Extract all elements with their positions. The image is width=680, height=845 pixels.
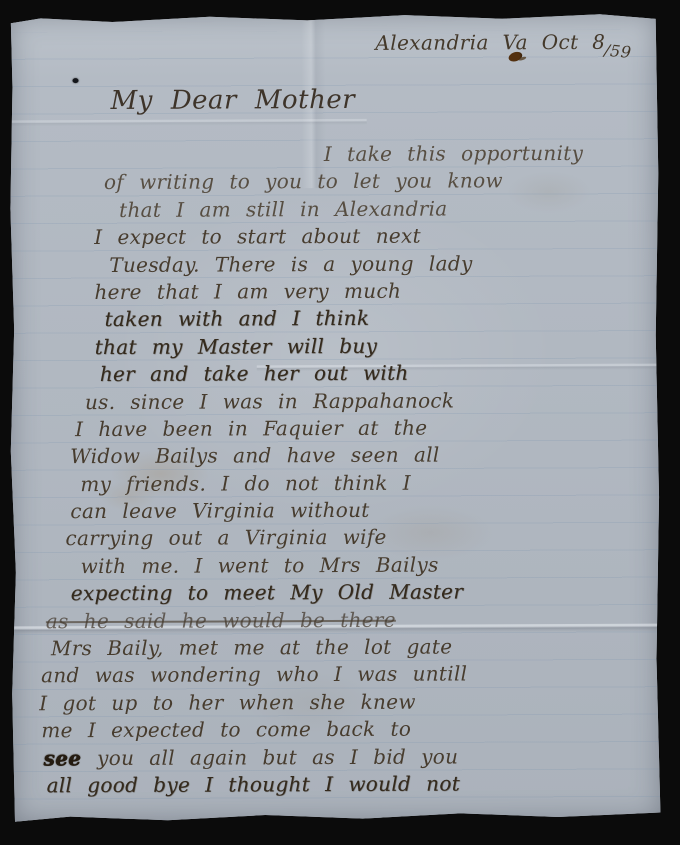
salutation: My Dear Mother — [111, 85, 356, 116]
letter-paper: Alexandria Va Oct 8 /59 My Dear Mother I… — [8, 12, 662, 824]
letter-line: seeyou all again but as I bid you — [43, 742, 661, 772]
letter-line: I got up to her when she knew — [39, 687, 661, 717]
letter-line: my friends. I do not think I — [80, 468, 660, 498]
letter-line: that my Master will buy — [95, 331, 660, 361]
letter-line: here that I am very much — [94, 277, 659, 307]
letter-line-rest: you all again but as I bid you — [97, 744, 458, 770]
blotted-word: see — [43, 746, 81, 770]
letter-line: I take this opportunity — [324, 140, 659, 169]
letter-line: and was wondering who I was untill — [41, 660, 661, 690]
letter-line: me I expected to come back to — [41, 715, 661, 745]
paper-hole — [73, 78, 79, 83]
letter-line: carrying out a Virginia wife — [65, 523, 660, 553]
letter-line: Tuesday. There is a young lady — [109, 249, 659, 279]
letter-line-struck: as he said he would be there — [46, 605, 661, 635]
letter-line: expecting to meet My Old Master — [71, 578, 661, 608]
letter-body: I take this opportunity of writing to yo… — [9, 140, 662, 800]
letter-line: I expect to start about next — [94, 222, 659, 252]
letter-photo-frame: Alexandria Va Oct 8 /59 My Dear Mother I… — [0, 0, 680, 845]
dateline: Alexandria Va Oct 8 /59 — [375, 30, 632, 55]
letter-line: that I am still in Alexandria — [119, 194, 659, 224]
dateline-place-date: Alexandria Va Oct 8 — [375, 30, 605, 55]
dateline-year: /59 — [604, 40, 633, 62]
letter-line: Mrs Baily, met me at the lot gate — [51, 633, 661, 663]
letter-line: her and take her out with — [100, 359, 660, 389]
letter-line: taken with and I think — [105, 304, 660, 334]
letter-line: of writing to you to let you know — [104, 167, 659, 197]
letter-line: can leave Virginia without — [70, 496, 660, 526]
fold-crease-top — [9, 119, 367, 127]
letter-line: all good bye I thought I would not — [47, 770, 662, 800]
letter-line: Widow Bailys and have seen all — [70, 441, 660, 471]
letter-line: I have been in Faquier at the — [75, 413, 660, 443]
letter-line: us. since I was in Rappahanock — [85, 386, 660, 416]
letter-line: with me. I went to Mrs Bailys — [81, 550, 661, 580]
